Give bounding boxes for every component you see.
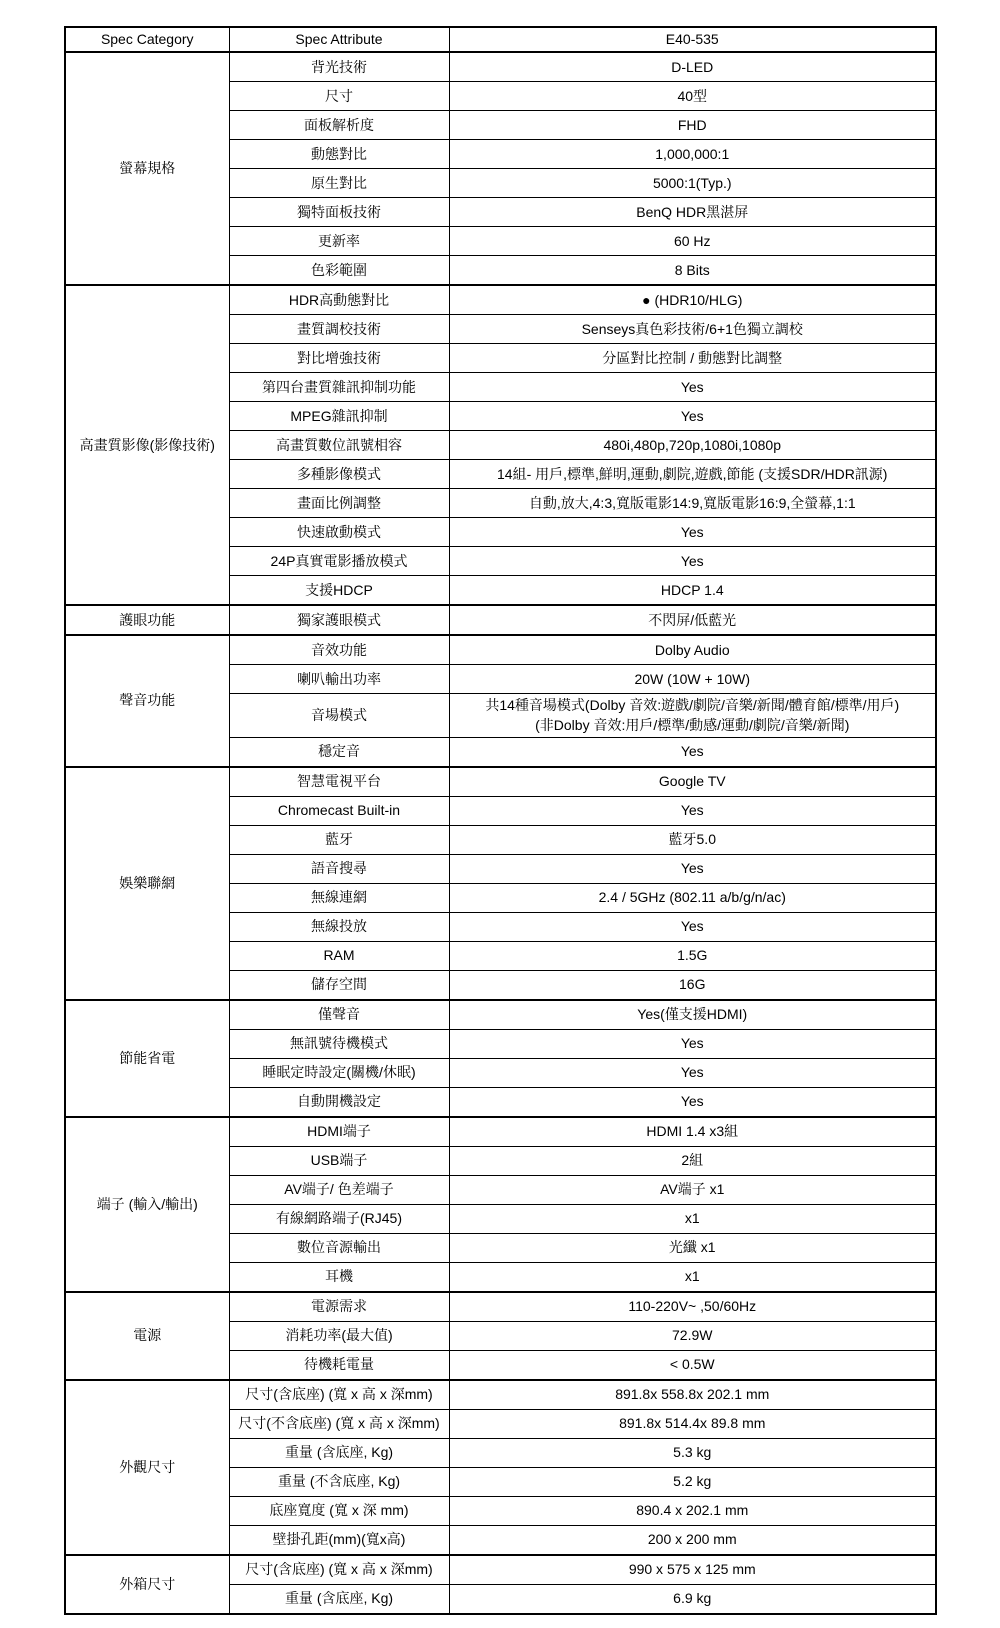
value-cell: 5000:1(Typ.) xyxy=(449,169,936,198)
value-cell: 2.4 / 5GHz (802.11 a/b/g/n/ac) xyxy=(449,883,936,912)
value-cell: x1 xyxy=(449,1262,936,1292)
attribute-cell: 高畫質數位訊號相容 xyxy=(229,431,449,460)
value-cell: Senseys真色彩技術/6+1色獨立調校 xyxy=(449,315,936,344)
attribute-cell: 智慧電視平台 xyxy=(229,767,449,797)
attribute-cell: 24P真實電影播放模式 xyxy=(229,547,449,576)
value-cell: < 0.5W xyxy=(449,1350,936,1380)
value-cell: Yes xyxy=(449,547,936,576)
category-cell: 螢幕規格 xyxy=(65,52,229,285)
value-cell: Yes xyxy=(449,737,936,767)
value-cell: 14組- 用戶,標準,鮮明,運動,劇院,遊戲,節能 (支援SDR/HDR訊源) xyxy=(449,460,936,489)
value-cell: 72.9W xyxy=(449,1321,936,1350)
value-cell: Dolby Audio xyxy=(449,635,936,665)
category-cell: 外箱尺寸 xyxy=(65,1555,229,1614)
attribute-cell: 無線投放 xyxy=(229,912,449,941)
value-cell: 891.8x 514.4x 89.8 mm xyxy=(449,1409,936,1438)
attribute-cell: 對比增強技術 xyxy=(229,344,449,373)
attribute-cell: 有線網路端子(RJ45) xyxy=(229,1204,449,1233)
category-cell: 節能省電 xyxy=(65,1000,229,1117)
value-cell: 110-220V~ ,50/60Hz xyxy=(449,1292,936,1322)
value-cell: D-LED xyxy=(449,52,936,82)
value-cell: 5.2 kg xyxy=(449,1467,936,1496)
spec-row: 娛樂聯網智慧電視平台Google TV xyxy=(65,767,936,797)
category-cell: 電源 xyxy=(65,1292,229,1380)
attribute-cell: 重量 (含底座, Kg) xyxy=(229,1584,449,1614)
value-cell: 890.4 x 202.1 mm xyxy=(449,1496,936,1525)
value-cell: Yes xyxy=(449,373,936,402)
attribute-cell: 重量 (不含底座, Kg) xyxy=(229,1467,449,1496)
value-cell: 200 x 200 mm xyxy=(449,1525,936,1555)
attribute-cell: 尺寸(含底座) (寬 x 高 x 深mm) xyxy=(229,1555,449,1585)
value-cell: 1,000,000:1 xyxy=(449,140,936,169)
category-cell: 端子 (輸入/輸出) xyxy=(65,1117,229,1292)
attribute-cell: 動態對比 xyxy=(229,140,449,169)
value-cell: 共14種音場模式(Dolby 音效:遊戲/劇院/音樂/新聞/體育館/標準/用戶)… xyxy=(449,694,936,738)
category-cell: 高畫質影像(影像技術) xyxy=(65,285,229,605)
spec-row: 電源電源需求110-220V~ ,50/60Hz xyxy=(65,1292,936,1322)
attribute-cell: 重量 (含底座, Kg) xyxy=(229,1438,449,1467)
attribute-cell: Chromecast Built-in xyxy=(229,796,449,825)
category-cell: 護眼功能 xyxy=(65,605,229,635)
value-cell: 藍牙5.0 xyxy=(449,825,936,854)
spec-sheet-page: Spec Category Spec Attribute E40-535 螢幕規… xyxy=(0,0,1000,1628)
value-cell: 60 Hz xyxy=(449,227,936,256)
value-cell: 16G xyxy=(449,970,936,1000)
spec-row: 外觀尺寸尺寸(含底座) (寬 x 高 x 深mm)891.8x 558.8x 2… xyxy=(65,1380,936,1410)
attribute-cell: 消耗功率(最大值) xyxy=(229,1321,449,1350)
attribute-cell: 待機耗電量 xyxy=(229,1350,449,1380)
value-cell: Yes xyxy=(449,854,936,883)
attribute-cell: RAM xyxy=(229,941,449,970)
value-cell: Yes xyxy=(449,1029,936,1058)
value-cell: Yes(僅支援HDMI) xyxy=(449,1000,936,1030)
value-cell: 891.8x 558.8x 202.1 mm xyxy=(449,1380,936,1410)
attribute-cell: 儲存空間 xyxy=(229,970,449,1000)
value-cell: Yes xyxy=(449,1087,936,1117)
header-model: E40-535 xyxy=(449,27,936,52)
attribute-cell: 藍牙 xyxy=(229,825,449,854)
attribute-cell: 穩定音 xyxy=(229,737,449,767)
value-cell: 自動,放大,4:3,寬版電影14:9,寬版電影16:9,全螢幕,1:1 xyxy=(449,489,936,518)
attribute-cell: HDMI端子 xyxy=(229,1117,449,1147)
value-cell: BenQ HDR黑湛屏 xyxy=(449,198,936,227)
attribute-cell: 自動開機設定 xyxy=(229,1087,449,1117)
value-cell: Yes xyxy=(449,402,936,431)
header-row: Spec Category Spec Attribute E40-535 xyxy=(65,27,936,52)
attribute-cell: 壁掛孔距(mm)(寬x高) xyxy=(229,1525,449,1555)
attribute-cell: 快速啟動模式 xyxy=(229,518,449,547)
attribute-cell: 耳機 xyxy=(229,1262,449,1292)
attribute-cell: 無線連網 xyxy=(229,883,449,912)
value-cell: 8 Bits xyxy=(449,256,936,286)
value-cell: Yes xyxy=(449,796,936,825)
value-cell: 1.5G xyxy=(449,941,936,970)
attribute-cell: MPEG雜訊抑制 xyxy=(229,402,449,431)
attribute-cell: AV端子/ 色差端子 xyxy=(229,1175,449,1204)
attribute-cell: 無訊號待機模式 xyxy=(229,1029,449,1058)
attribute-cell: 音效功能 xyxy=(229,635,449,665)
spec-row: 外箱尺寸尺寸(含底座) (寬 x 高 x 深mm)990 x 575 x 125… xyxy=(65,1555,936,1585)
attribute-cell: 畫質調校技術 xyxy=(229,315,449,344)
value-cell: 2組 xyxy=(449,1146,936,1175)
value-cell: AV端子 x1 xyxy=(449,1175,936,1204)
spec-row: 高畫質影像(影像技術)HDR高動態對比● (HDR10/HLG) xyxy=(65,285,936,315)
value-cell: 不閃屏/低藍光 xyxy=(449,605,936,635)
value-cell: 光纖 x1 xyxy=(449,1233,936,1262)
attribute-cell: 底座寬度 (寬 x 深 mm) xyxy=(229,1496,449,1525)
value-cell: 分區對比控制 / 動態對比調整 xyxy=(449,344,936,373)
header-spec-attribute: Spec Attribute xyxy=(229,27,449,52)
attribute-cell: 獨特面板技術 xyxy=(229,198,449,227)
attribute-cell: 語音搜尋 xyxy=(229,854,449,883)
category-cell: 外觀尺寸 xyxy=(65,1380,229,1555)
value-cell: 5.3 kg xyxy=(449,1438,936,1467)
attribute-cell: 多種影像模式 xyxy=(229,460,449,489)
spec-table: Spec Category Spec Attribute E40-535 螢幕規… xyxy=(64,26,937,1615)
attribute-cell: 喇叭輸出功率 xyxy=(229,665,449,694)
attribute-cell: 尺寸(含底座) (寬 x 高 x 深mm) xyxy=(229,1380,449,1410)
value-cell: 6.9 kg xyxy=(449,1584,936,1614)
value-cell: FHD xyxy=(449,111,936,140)
attribute-cell: 第四台畫質雜訊抑制功能 xyxy=(229,373,449,402)
value-cell: x1 xyxy=(449,1204,936,1233)
value-cell: 20W (10W + 10W) xyxy=(449,665,936,694)
value-cell: Yes xyxy=(449,1058,936,1087)
value-cell: HDCP 1.4 xyxy=(449,576,936,606)
value-cell: Yes xyxy=(449,518,936,547)
header-spec-category: Spec Category xyxy=(65,27,229,52)
value-cell: Google TV xyxy=(449,767,936,797)
spec-row: 節能省電僅聲音Yes(僅支援HDMI) xyxy=(65,1000,936,1030)
attribute-cell: 更新率 xyxy=(229,227,449,256)
value-cell: 40型 xyxy=(449,82,936,111)
spec-row: 螢幕規格背光技術D-LED xyxy=(65,52,936,82)
attribute-cell: 支援HDCP xyxy=(229,576,449,606)
attribute-cell: 尺寸(不含底座) (寬 x 高 x 深mm) xyxy=(229,1409,449,1438)
attribute-cell: 電源需求 xyxy=(229,1292,449,1322)
attribute-cell: 獨家護眼模式 xyxy=(229,605,449,635)
value-cell: Yes xyxy=(449,912,936,941)
spec-row: 端子 (輸入/輸出)HDMI端子HDMI 1.4 x3組 xyxy=(65,1117,936,1147)
attribute-cell: 尺寸 xyxy=(229,82,449,111)
value-cell: HDMI 1.4 x3組 xyxy=(449,1117,936,1147)
spec-row: 聲音功能音效功能Dolby Audio xyxy=(65,635,936,665)
value-cell: 480i,480p,720p,1080i,1080p xyxy=(449,431,936,460)
attribute-cell: 畫面比例調整 xyxy=(229,489,449,518)
attribute-cell: 色彩範圍 xyxy=(229,256,449,286)
attribute-cell: HDR高動態對比 xyxy=(229,285,449,315)
value-cell: ● (HDR10/HLG) xyxy=(449,285,936,315)
attribute-cell: 僅聲音 xyxy=(229,1000,449,1030)
category-cell: 娛樂聯網 xyxy=(65,767,229,1000)
attribute-cell: 面板解析度 xyxy=(229,111,449,140)
category-cell: 聲音功能 xyxy=(65,635,229,767)
attribute-cell: 音場模式 xyxy=(229,694,449,738)
value-cell: 990 x 575 x 125 mm xyxy=(449,1555,936,1585)
attribute-cell: 睡眠定時設定(關機/休眠) xyxy=(229,1058,449,1087)
attribute-cell: USB端子 xyxy=(229,1146,449,1175)
attribute-cell: 數位音源輸出 xyxy=(229,1233,449,1262)
attribute-cell: 原生對比 xyxy=(229,169,449,198)
attribute-cell: 背光技術 xyxy=(229,52,449,82)
spec-row: 護眼功能獨家護眼模式不閃屏/低藍光 xyxy=(65,605,936,635)
